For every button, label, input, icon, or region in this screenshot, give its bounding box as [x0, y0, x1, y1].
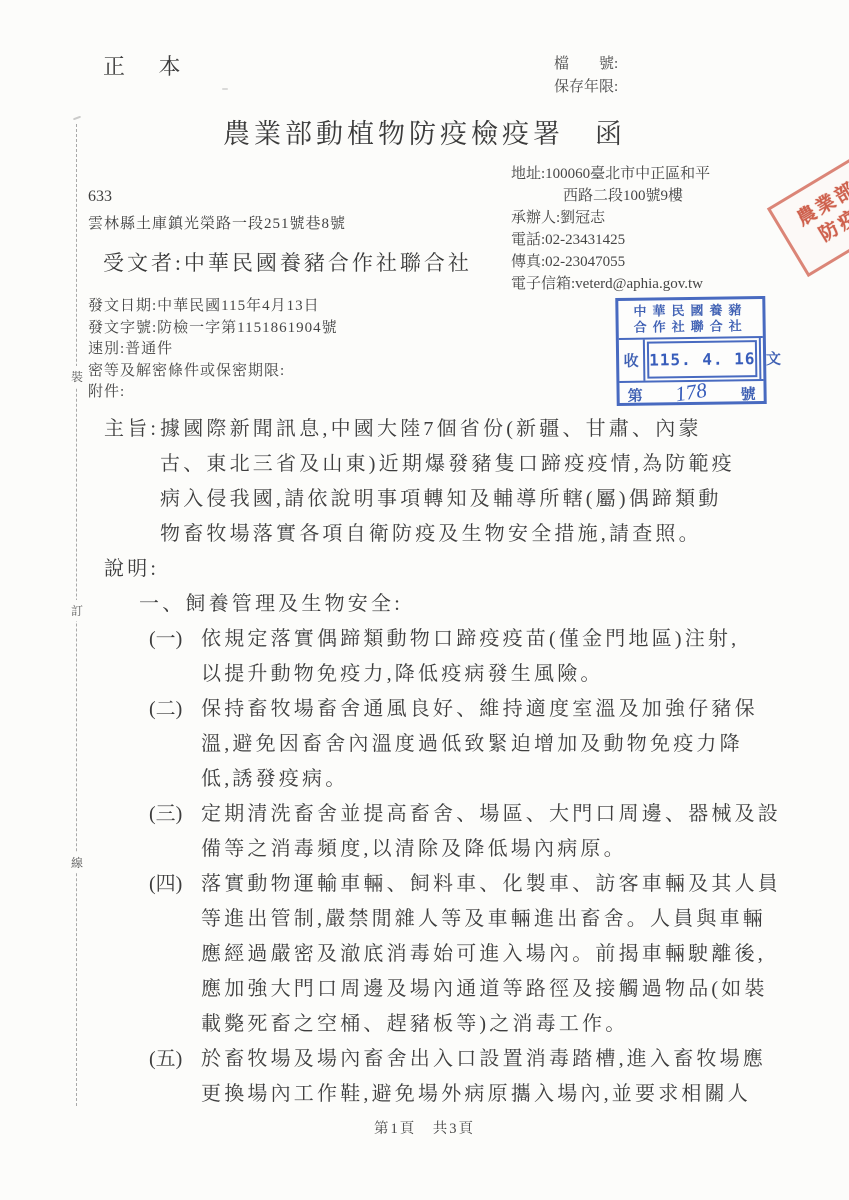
- dispatch-meta-block: 發文日期:中華民國115年4月13日 發文字號:防檢一字第1151861904號…: [88, 296, 338, 404]
- receipt-stamp-number-row: 第 178 號: [619, 379, 763, 408]
- item-number: (一): [149, 622, 201, 692]
- receipt-stamp-org-row2: 合作社聯合社: [625, 318, 757, 336]
- agency-address-line2: 西路二段100號9樓: [511, 185, 710, 207]
- copy-type-label: 正 本: [103, 50, 195, 81]
- item-number: (三): [149, 797, 201, 867]
- binding-mark-xian: 線: [69, 852, 85, 873]
- receipt-stamp-receive-char: 收: [619, 340, 646, 381]
- item-number: (四): [149, 867, 201, 1042]
- receipt-stamp-handwritten-number: 178: [674, 378, 709, 408]
- item-text: 於畜牧場及場內畜舍出入口設置消毒踏槽,進入畜牧場應 更換場內工作鞋,避免場外病原…: [201, 1042, 816, 1112]
- binding-mark-ding: 訂: [69, 600, 85, 621]
- file-number-label: 檔 號:: [554, 53, 618, 76]
- item-number: (五): [149, 1042, 201, 1112]
- item-text: 落實動物運輸車輛、飼料車、化製車、訪客車輛及其人員 等進出管制,嚴禁閒雜人等及車…: [201, 867, 816, 1042]
- receipt-stamp-no-suffix: 號: [740, 383, 755, 404]
- agency-fax: 傳真:02-23047055: [511, 251, 710, 273]
- section1-heading: 一、飼養管理及生物安全:: [139, 587, 816, 622]
- agency-officer: 承辦人:劉冠志: [511, 207, 710, 229]
- receipt-stamp-date-row: 收 115. 4. 16 文: [619, 336, 764, 381]
- item-number: (二): [149, 692, 201, 797]
- list-item-2: (二) 保持畜牧場畜舍通風良好、維持適度室溫及加強仔豬保 溫,避免因畜舍內溫度過…: [149, 692, 816, 797]
- binding-mark-zhuang: 裝: [69, 366, 85, 387]
- subject-text: 據國際新聞訊息,中國大陸7個省份(新疆、甘肅、內蒙 古、東北三省及山東)近期爆發…: [160, 412, 816, 552]
- dispatch-date: 發文日期:中華民國115年4月13日: [88, 296, 338, 318]
- list-item-5: (五) 於畜牧場及場內畜舍出入口設置消毒踏槽,進入畜牧場應 更換場內工作鞋,避免…: [149, 1042, 816, 1112]
- recipient-postal-code: 633: [88, 188, 112, 206]
- recipient-address: 雲林縣土庫鎮光榮路一段251號巷8號: [88, 212, 346, 233]
- scanned-official-letter: 正 本 檔 號: 保存年限: 農業部動植物防疫檢疫署 函 地址:100060臺北…: [0, 0, 849, 1200]
- subject-label: 主旨:: [104, 412, 159, 447]
- agency-address-line1: 地址:100060臺北市中正區和平: [511, 163, 710, 185]
- item-text: 定期清洗畜舍並提高畜舍、場區、大門口周邊、器械及設 備等之消毒頻度,以清除及降低…: [201, 797, 816, 867]
- agency-contact-block: 地址:100060臺北市中正區和平 西路二段100號9樓 承辦人:劉冠志 電話:…: [511, 163, 710, 295]
- dispatch-priority: 速別:普通件: [88, 339, 338, 361]
- scan-speck: [222, 88, 228, 90]
- receipt-stamp-no-prefix: 第: [627, 385, 642, 406]
- list-item-4: (四) 落實動物運輸車輛、飼料車、化製車、訪客車輛及其人員 等進出管制,嚴禁閒雜…: [149, 867, 816, 1042]
- dispatch-secrecy: 密等及解密條件或保密期限:: [88, 361, 338, 383]
- letter-body: 主旨: 據國際新聞訊息,中國大陸7個省份(新疆、甘肅、內蒙 古、東北三省及山東)…: [104, 412, 816, 1112]
- item-text: 依規定落實偶蹄類動物口蹄疫疫苗(僅金門地區)注射, 以提升動物免疫力,降低疫病發…: [201, 622, 816, 692]
- dispatch-number: 發文字號:防檢一字第1151861904號: [88, 318, 338, 340]
- file-reference-block: 檔 號: 保存年限:: [554, 53, 618, 99]
- receipt-stamp-org-row1: 中華民國養豬: [624, 302, 756, 320]
- document-title: 農業部動植物防疫檢疫署 函: [0, 112, 849, 151]
- receipt-stamp-doc-char: 文: [759, 338, 786, 379]
- dispatch-attachment: 附件:: [88, 382, 338, 404]
- agency-email: 電子信箱:veterd@aphia.gov.tw: [511, 273, 710, 295]
- subject-paragraph: 主旨: 據國際新聞訊息,中國大陸7個省份(新疆、甘肅、內蒙 古、東北三省及山東)…: [104, 412, 816, 552]
- retention-period-label: 保存年限:: [554, 76, 618, 99]
- receipt-stamp-org: 中華民國養豬 合作社聯合社: [618, 299, 763, 338]
- list-item-3: (三) 定期清洗畜舍並提高畜舍、場區、大門口周邊、器械及設 備等之消毒頻度,以清…: [149, 797, 816, 867]
- recipient-line: 受文者:中華民國養豬合作社聯合社: [103, 247, 472, 277]
- list-item-1: (一) 依規定落實偶蹄類動物口蹄疫疫苗(僅金門地區)注射, 以提升動物免疫力,降…: [149, 622, 816, 692]
- item-text: 保持畜牧場畜舍通風良好、維持適度室溫及加強仔豬保 溫,避免因畜舍內溫度過低致緊迫…: [201, 692, 816, 797]
- explanation-label: 說明:: [104, 552, 816, 587]
- agency-phone: 電話:02-23431425: [511, 229, 710, 251]
- receipt-stamp-date: 115. 4. 16: [647, 340, 758, 379]
- receipt-stamp: 中華民國養豬 合作社聯合社 收 115. 4. 16 文 第 178 號: [615, 296, 766, 406]
- page-number-footer: 第1頁 共3頁: [0, 1117, 849, 1138]
